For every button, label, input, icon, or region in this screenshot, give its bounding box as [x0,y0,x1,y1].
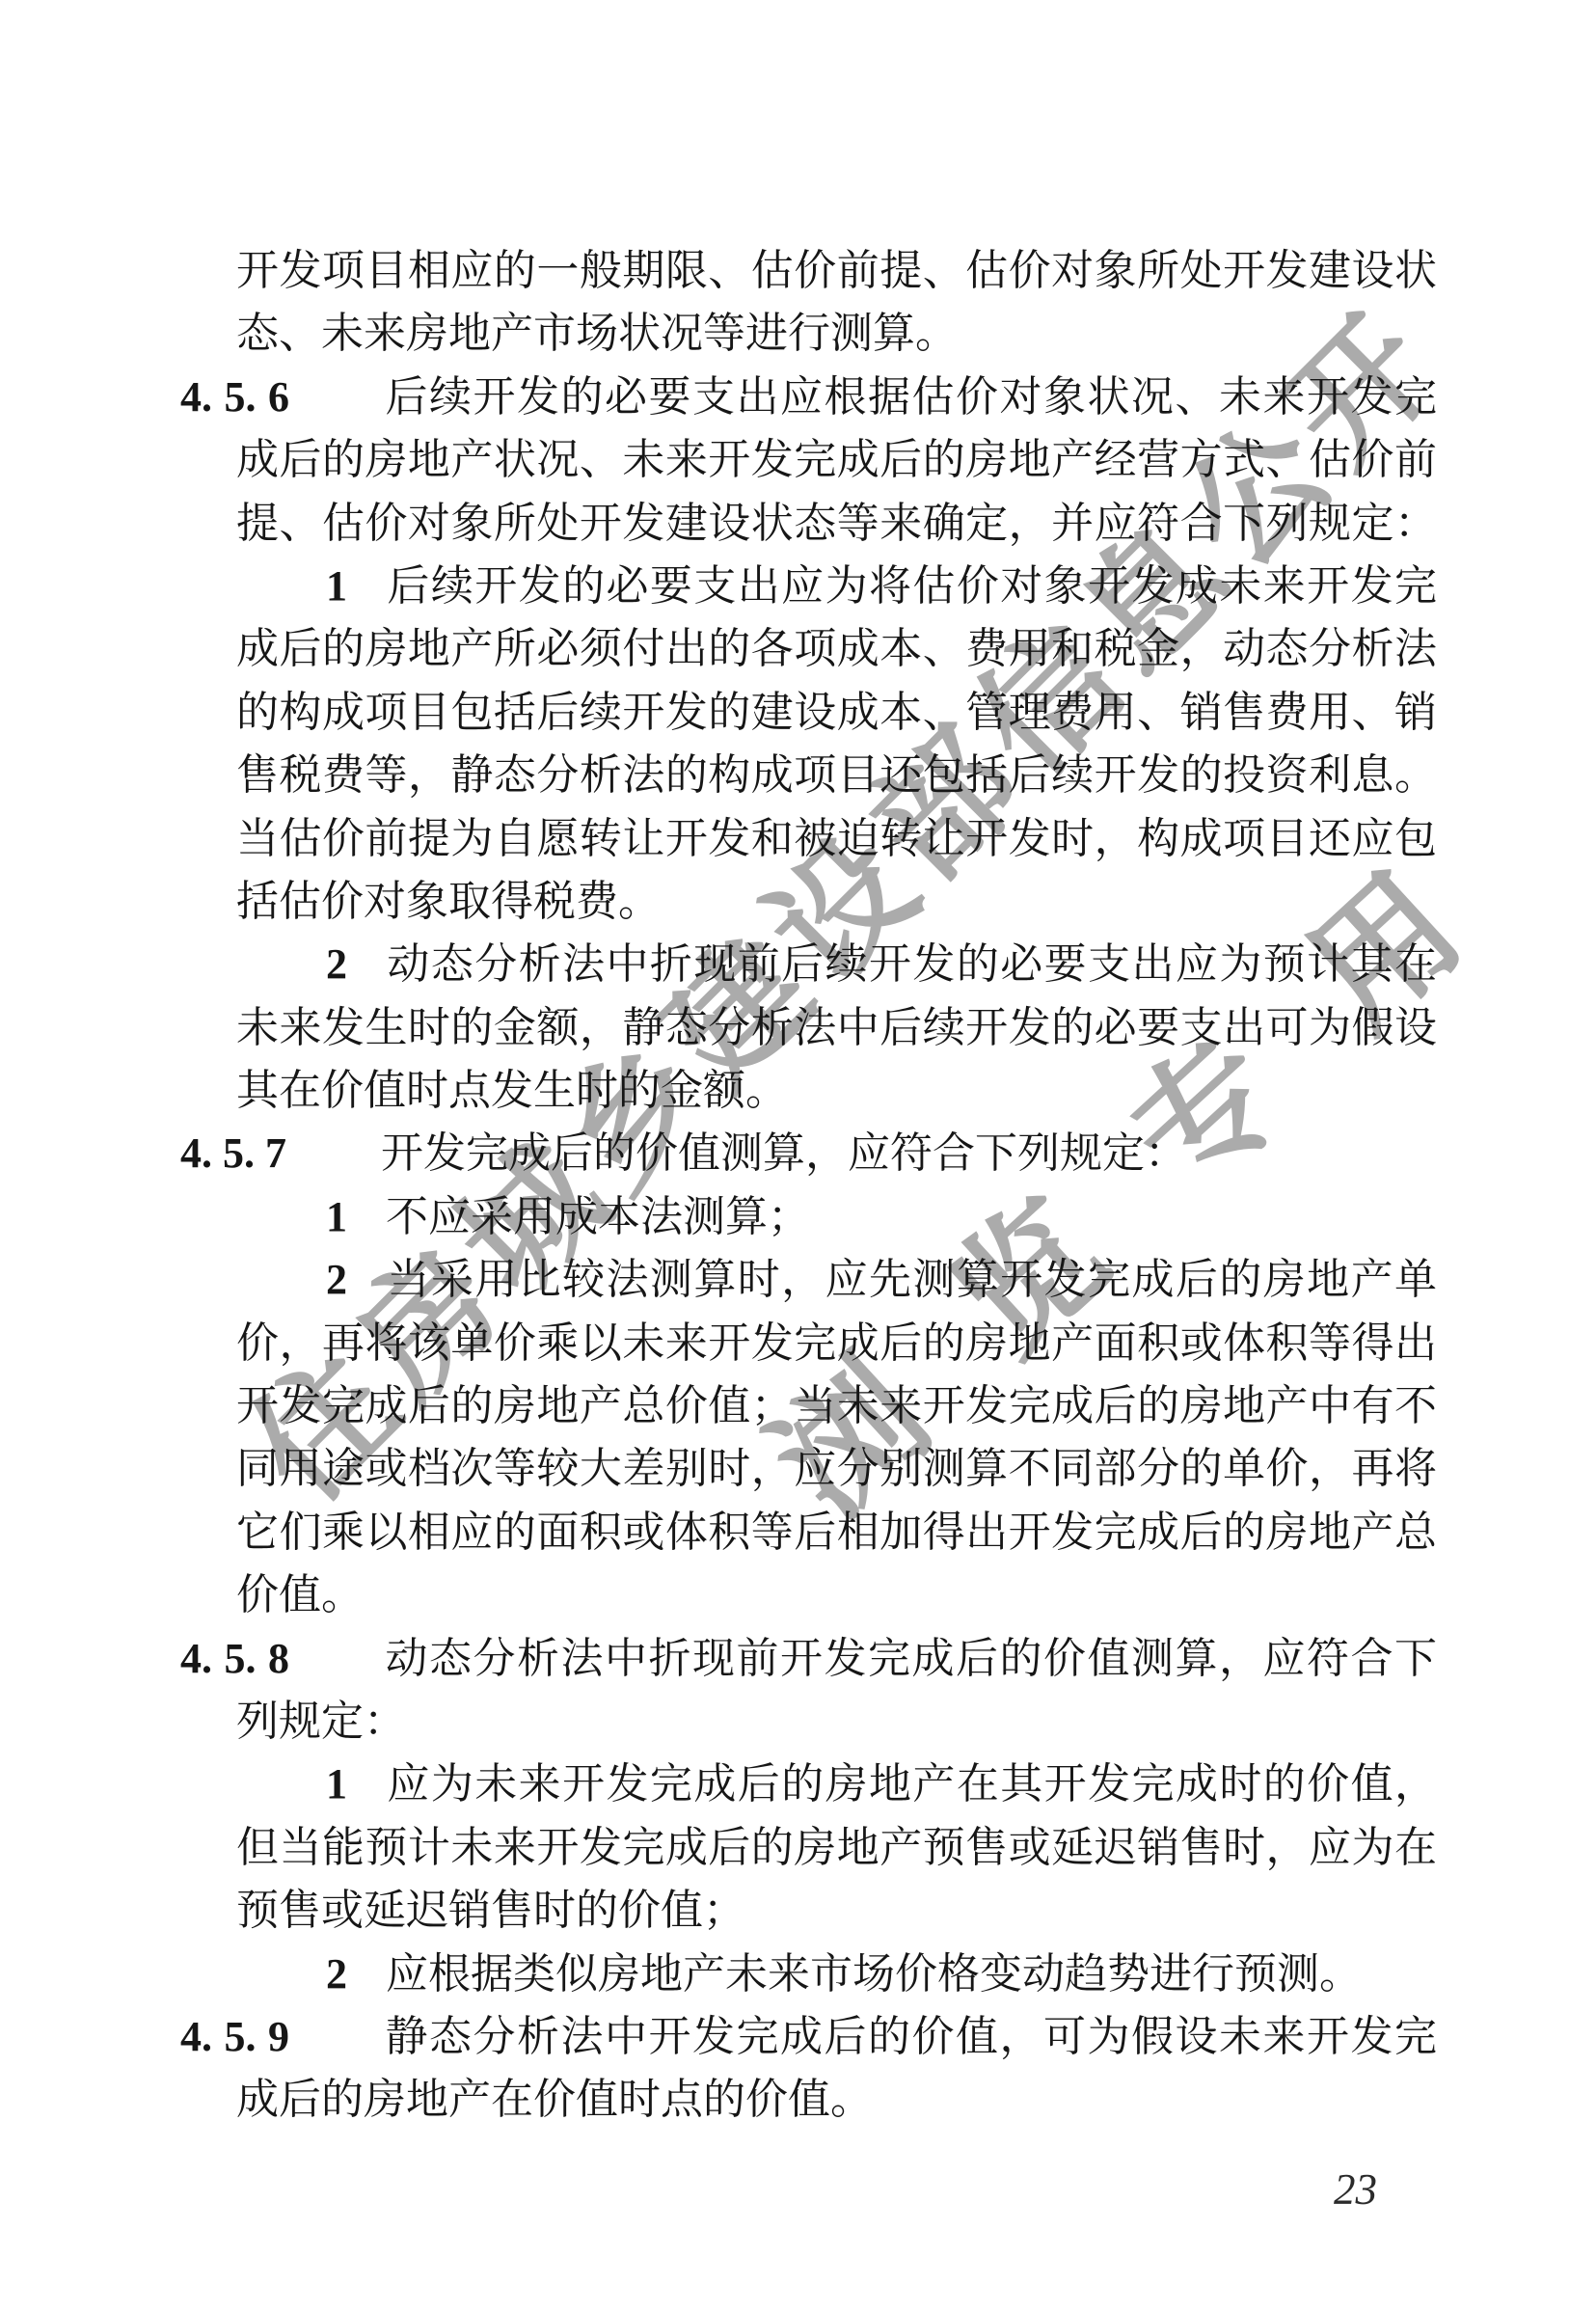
text-line: 成后的房地产所必须付出的各项成本、费用和税金，动态分析法 [236,617,1437,680]
text-line: 同用途或档次等较大差别时，应分别测算不同部分的单价，再将 [236,1437,1437,1500]
clause-4-5-6: 4. 5. 6后续开发的必要支出应根据估价对象状况、未来开发完 [180,366,1437,428]
text-line: 其在价值时点发生时的金额。 [236,1059,1437,1122]
text-column: 开发项目相应的一般期限、估价前提、估价对象所处开发建设状 态、未来房地产市场状况… [236,239,1437,2132]
text-line: 成后的房地产状况、未来开发完成后的房地产经营方式、估价前 [236,428,1437,491]
item-line-1: 1应为未来开发完成后的房地产在其开发完成时的价值， [236,1753,1437,1815]
text-line: 预售或延迟销售时的价值； [236,1879,1437,1942]
text-line: 括估价对象取得税费。 [236,870,1437,933]
text-line: 售税费等，静态分析法的构成项目还包括后续开发的投资利息。 [236,744,1437,806]
text-line: 列规定： [236,1690,1437,1753]
text-line: 价值。 [236,1563,1437,1626]
item-line-2: 2应根据类似房地产未来市场价格变动趋势进行预测。 [236,1943,1437,2005]
text-line: 态、未来房地产市场状况等进行测算。 [236,302,1437,365]
item-number: 2 [326,1256,347,1303]
clause-number: 4. 5. 9 [180,2013,289,2060]
text-line: 当估价前提为自愿转让开发和被迫转让开发时，构成项目还应包 [236,807,1437,870]
item-number: 2 [326,1950,347,1998]
clause-number: 4. 5. 8 [180,1635,289,1682]
text-line: 成后的房地产在价值时点的价值。 [236,2068,1437,2131]
page-number: 23 [1334,2164,1377,2215]
clause-4-5-7: 4. 5. 7开发完成后的价值测算，应符合下列规定： [180,1122,1437,1184]
clause-4-5-9: 4. 5. 9静态分析法中开发完成后的价值，可为假设未来开发完 [180,2005,1437,2068]
text-line: 开发完成后的房地产总价值；当未来开发完成后的房地产中有不 [236,1374,1437,1437]
item-line-1: 1后续开发的必要支出应为将估价对象开发成未来开发完 [236,555,1437,617]
item-line-2: 2当采用比较法测算时，应先测算开发完成后的房地产单 [236,1248,1437,1311]
text-line: 开发项目相应的一般期限、估价前提、估价对象所处开发建设状 [236,239,1437,302]
clause-number: 4. 5. 7 [180,1129,286,1177]
item-number: 1 [326,1760,347,1808]
text-line: 价，再将该单价乘以未来开发完成后的房地产面积或体积等得出 [236,1312,1437,1374]
text-line: 的构成项目包括后续开发的建设成本、管理费用、销售费用、销 [236,681,1437,744]
item-line-2: 2动态分析法中折现前后续开发的必要支出应为预计其在 [236,933,1437,995]
text-line: 但当能预计未来开发完成后的房地产预售或延迟销售时，应为在 [236,1816,1437,1879]
text-line: 未来发生时的金额，静态分析法中后续开发的必要支出可为假设 [236,996,1437,1059]
item-number: 1 [326,1193,347,1240]
clause-4-5-8: 4. 5. 8动态分析法中折现前开发完成后的价值测算，应符合下 [180,1627,1437,1690]
item-line-1: 1不应采用成本法测算； [236,1185,1437,1248]
text-line: 它们乘以相应的面积或体积等后相加得出开发完成后的房地产总 [236,1501,1437,1563]
item-number: 1 [326,562,347,610]
text-line: 提、估价对象所处开发建设状态等来确定，并应符合下列规定： [236,492,1437,555]
item-number: 2 [326,940,347,988]
document-page: 住房城乡建设部信息公开 浏览专用 开发项目相应的一般期限、估价前提、估价对象所处… [0,0,1596,2311]
clause-number: 4. 5. 6 [180,373,289,421]
